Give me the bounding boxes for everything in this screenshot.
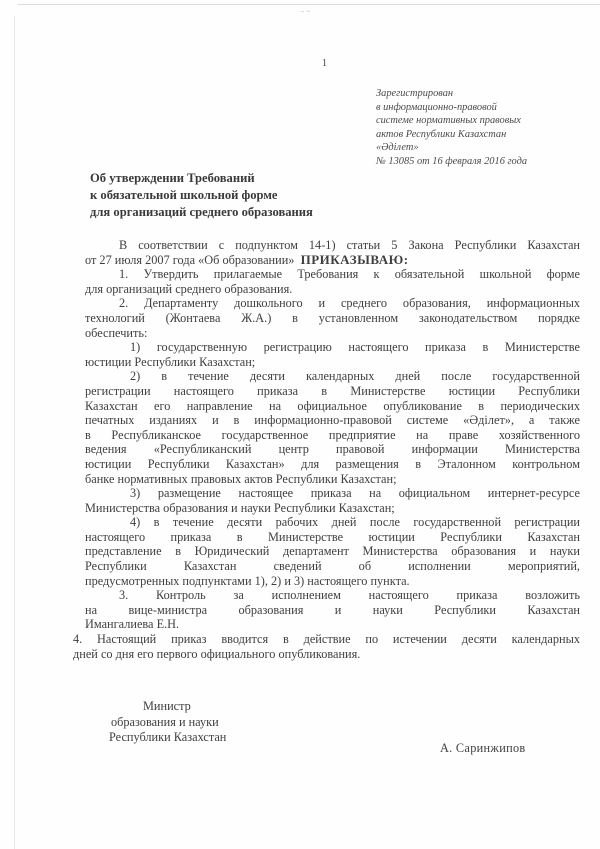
subpoint-3-line: Министерства образования и науки Республ… [85, 501, 580, 516]
paragraph-3-line: Имангалиева Е.Н. [85, 617, 580, 632]
preamble-line: В соответствии с подпунктом 14-1) статьи… [85, 238, 580, 253]
subpoint-1-line: юстиции Республики Казахстан; [85, 355, 580, 370]
signature-title-line: образования и науки [109, 715, 226, 731]
scan-mark: ·· ~ [300, 8, 310, 16]
subpoint-3-line: 3) размещение настоящее приказа на офици… [85, 486, 580, 501]
subpoint-2-line: регистрации настоящего приказа в Министе… [85, 384, 580, 399]
subpoint-2-line: банке нормативных правовых актов Республ… [85, 472, 580, 487]
preamble-line: от 27 июля 2007 года «Об образовании» ПР… [85, 253, 580, 268]
signature-title-line: Республики Казахстан [109, 730, 226, 746]
document-body: В соответствии с подпунктом 14-1) статьи… [85, 238, 580, 661]
paragraph-4-line: дней со дня его первого официального опу… [73, 647, 580, 662]
scan-edge-left [14, 16, 15, 849]
preamble-text: от 27 июля 2007 года «Об образовании» [85, 253, 294, 267]
subpoint-2-line: юстиции Республики Казахстан» для размещ… [85, 457, 580, 472]
subpoint-4-line: предусмотренных подпунктами 1), 2) и 3) … [85, 574, 580, 589]
paragraph-1-line: 1. Утвердить прилагаемые Требования к об… [85, 267, 580, 282]
signature-position: Министр образования и науки Республики К… [109, 699, 226, 746]
stamp-registration-number: № 13085 от 16 февраля 2016 года [376, 155, 596, 169]
stamp-line: «Әділет» [376, 141, 596, 155]
paragraph-3-line: 3. Контроль за исполнением настоящего пр… [85, 588, 580, 603]
paragraph-1-line: для организаций среднего образования. [85, 282, 580, 297]
subpoint-2-line: 2) в течение десяти календарных дней пос… [85, 369, 580, 384]
subpoint-2-line: в Республиканское государственное предпр… [85, 428, 580, 443]
stamp-line: Зарегистрирован [376, 87, 596, 101]
document-page: ·· ~ 1 Зарегистрирован в информационно-п… [0, 0, 600, 849]
paragraph-2-line: 2. Департаменту дошкольного и среднего о… [85, 296, 580, 311]
title-line: Об утверждении Требований [90, 170, 313, 187]
signatory-name: А. Саринжипов [440, 741, 526, 756]
subpoint-4-line: настоящего приказа в Министерстве юстици… [85, 530, 580, 545]
stamp-line: в информационно-правовой [376, 101, 596, 115]
registration-stamp: Зарегистрирован в информационно-правовой… [376, 87, 596, 169]
subpoint-2-line: ведения «Республиканский центр правовой … [85, 442, 580, 457]
page-number: 1 [322, 58, 327, 69]
subpoint-2-line: печатных изданиях и в информационно-прав… [85, 413, 580, 428]
scan-edge-top [18, 4, 600, 5]
paragraph-4-line: 4. Настоящий приказ вводится в действие … [73, 632, 580, 647]
subpoint-2-line: Казахстан его направление на официальное… [85, 399, 580, 414]
document-title: Об утверждении Требований к обязательной… [90, 170, 313, 221]
title-line: к обязательной школьной форме [90, 187, 313, 204]
title-line: для организаций среднего образования [90, 204, 313, 221]
subpoint-4-line: представление в Юридический департамент … [85, 544, 580, 559]
subpoint-4-line: Республики Казахстан сведений об исполне… [85, 559, 580, 574]
stamp-line: актов Республики Казахстан [376, 128, 596, 142]
signature-title-line: Министр [109, 699, 226, 715]
subpoint-1-line: 1) государственную регистрацию настоящег… [85, 340, 580, 355]
stamp-line: системе нормативных правовых [376, 114, 596, 128]
paragraph-2-line: технологий (Жонтаева Ж.А.) в установленн… [85, 311, 580, 326]
paragraph-3-line: на вице-министра образования и науки Рес… [85, 603, 580, 618]
subpoint-4-line: 4) в течение десяти рабочих дней после г… [85, 515, 580, 530]
order-word: ПРИКАЗЫВАЮ: [301, 252, 409, 267]
paragraph-2-line: обеспечить: [85, 326, 580, 341]
